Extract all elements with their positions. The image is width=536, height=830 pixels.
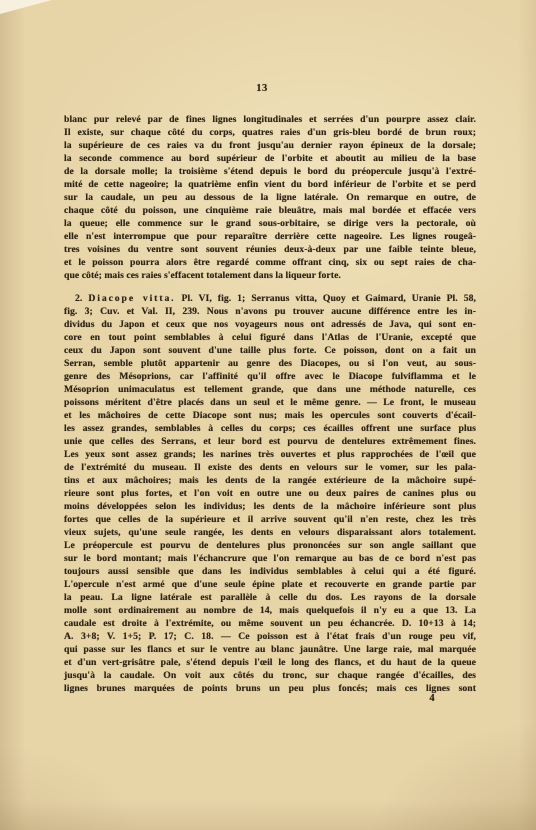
entry-number: 2. (75, 293, 82, 304)
entry-references: Pl. VI, fig. 1; Serranus vitta, Quoy et … (182, 293, 477, 304)
species-name: Diacope vitta. (88, 293, 175, 304)
text-line: fortes que celles de la supérieure et il… (64, 513, 476, 526)
text-line: caudale est droite à l'extrémite, ou mêm… (64, 617, 476, 630)
text-line: tins et aux mâchoires; mais les dents de… (64, 474, 476, 487)
text-line: et le poisson pourra alors être regardé … (64, 256, 476, 269)
text-line: moins développées selon les individus; l… (64, 500, 476, 513)
scan-corner-artifact (0, 0, 52, 14)
printer-signature-mark: 4 (408, 693, 456, 704)
text-line: de la dorsale molle; la troisième s'éten… (64, 165, 476, 178)
text-line: poissons méritent d'être placés dans un … (64, 396, 476, 409)
text-line: molle sont ordinairement au nombre de 14… (64, 604, 476, 617)
text-line: de l'extrémité du museau. Il existe des … (64, 461, 476, 474)
text-line: rieure sont plus fortes, et l'on voit en… (64, 487, 476, 500)
text-line: elle n'est interrompue que pour reparaît… (64, 230, 476, 243)
text-line: et d'un vert-grisâtre pale, s'étend depu… (64, 656, 476, 669)
text-line: dividus du Japon et ceux que nos voyageu… (64, 318, 476, 331)
text-line: L'opercule n'est armé que d'une seule ép… (64, 578, 476, 591)
text-line: et les mâchoires de cette Diacope sont n… (64, 409, 476, 422)
text-line: sur le bord montant; mais l'échancrure q… (64, 552, 476, 565)
text-line: vieux sujets, qu'une seule rangée, les d… (64, 526, 476, 539)
text-line: chaque côté du poisson, une cinquième ra… (64, 204, 476, 217)
text-line: toujours aussi sensible que dans les ind… (64, 565, 476, 578)
text-line: unie que celles des Serrans, et leur bor… (64, 435, 476, 448)
text-line: les assez grandes, semblables à celles d… (64, 422, 476, 435)
text-line: la seconde commence au bord supérieur de… (64, 152, 476, 165)
text-line: jusqu'à la caudale. On voit aux côtés du… (64, 669, 476, 682)
text-line: Il existe, sur chaque côté du corps, qua… (64, 126, 476, 139)
text-line: mité de cette nageoire; la quatrième enf… (64, 178, 476, 191)
page-number: 13 (56, 83, 468, 94)
paragraph-continuation: blanc pur relevé par de fines lignes lon… (64, 113, 476, 282)
text-line-species-heading: 2. Diacope vitta. Pl. VI, fig. 1; Serran… (64, 292, 476, 305)
text-line: Les yeux sont assez grands; les narines … (64, 448, 476, 461)
text-line: la queue; elle commence sur le grand sou… (64, 217, 476, 230)
scanned-book-page: 13 blanc pur relevé par de fines lignes … (0, 0, 536, 830)
text-line: la supérieure de ces raies va du front j… (64, 139, 476, 152)
text-line: ceux du Japon sont souvent d'une taille … (64, 344, 476, 357)
text-line: Mésoprion unimaculatus est tellement gra… (64, 383, 476, 396)
text-line: tres voisines du ventre sont souvent réu… (64, 243, 476, 256)
text-line: Le préopercule est pourvu de dentelures … (64, 539, 476, 552)
text-line: blanc pur relevé par de fines lignes lon… (64, 113, 476, 126)
text-line: fig. 3; Cuv. et Val. II, 239. Nous n'avo… (64, 305, 476, 318)
text-line: Serran, semble plutôt appartenir au genr… (64, 357, 476, 370)
text-line: que côté; mais ces raies s'effacent tota… (64, 269, 476, 282)
text-line: genre des Mésoprions, car l'affinité qu'… (64, 370, 476, 383)
paragraph-species-entry: 2. Diacope vitta. Pl. VI, fig. 1; Serran… (64, 292, 476, 695)
text-line: A. 3+8; V. 1+5; P. 17; C. 18. — Ce poiss… (64, 630, 476, 643)
text-line: la peau. La ligne latérale est parallèle… (64, 591, 476, 604)
text-line: qui passe sur les flancs et sur le ventr… (64, 643, 476, 656)
text-line: sur la caudale, un peu au dessous de la … (64, 191, 476, 204)
text-line: core en tout point semblables à celui fi… (64, 331, 476, 344)
